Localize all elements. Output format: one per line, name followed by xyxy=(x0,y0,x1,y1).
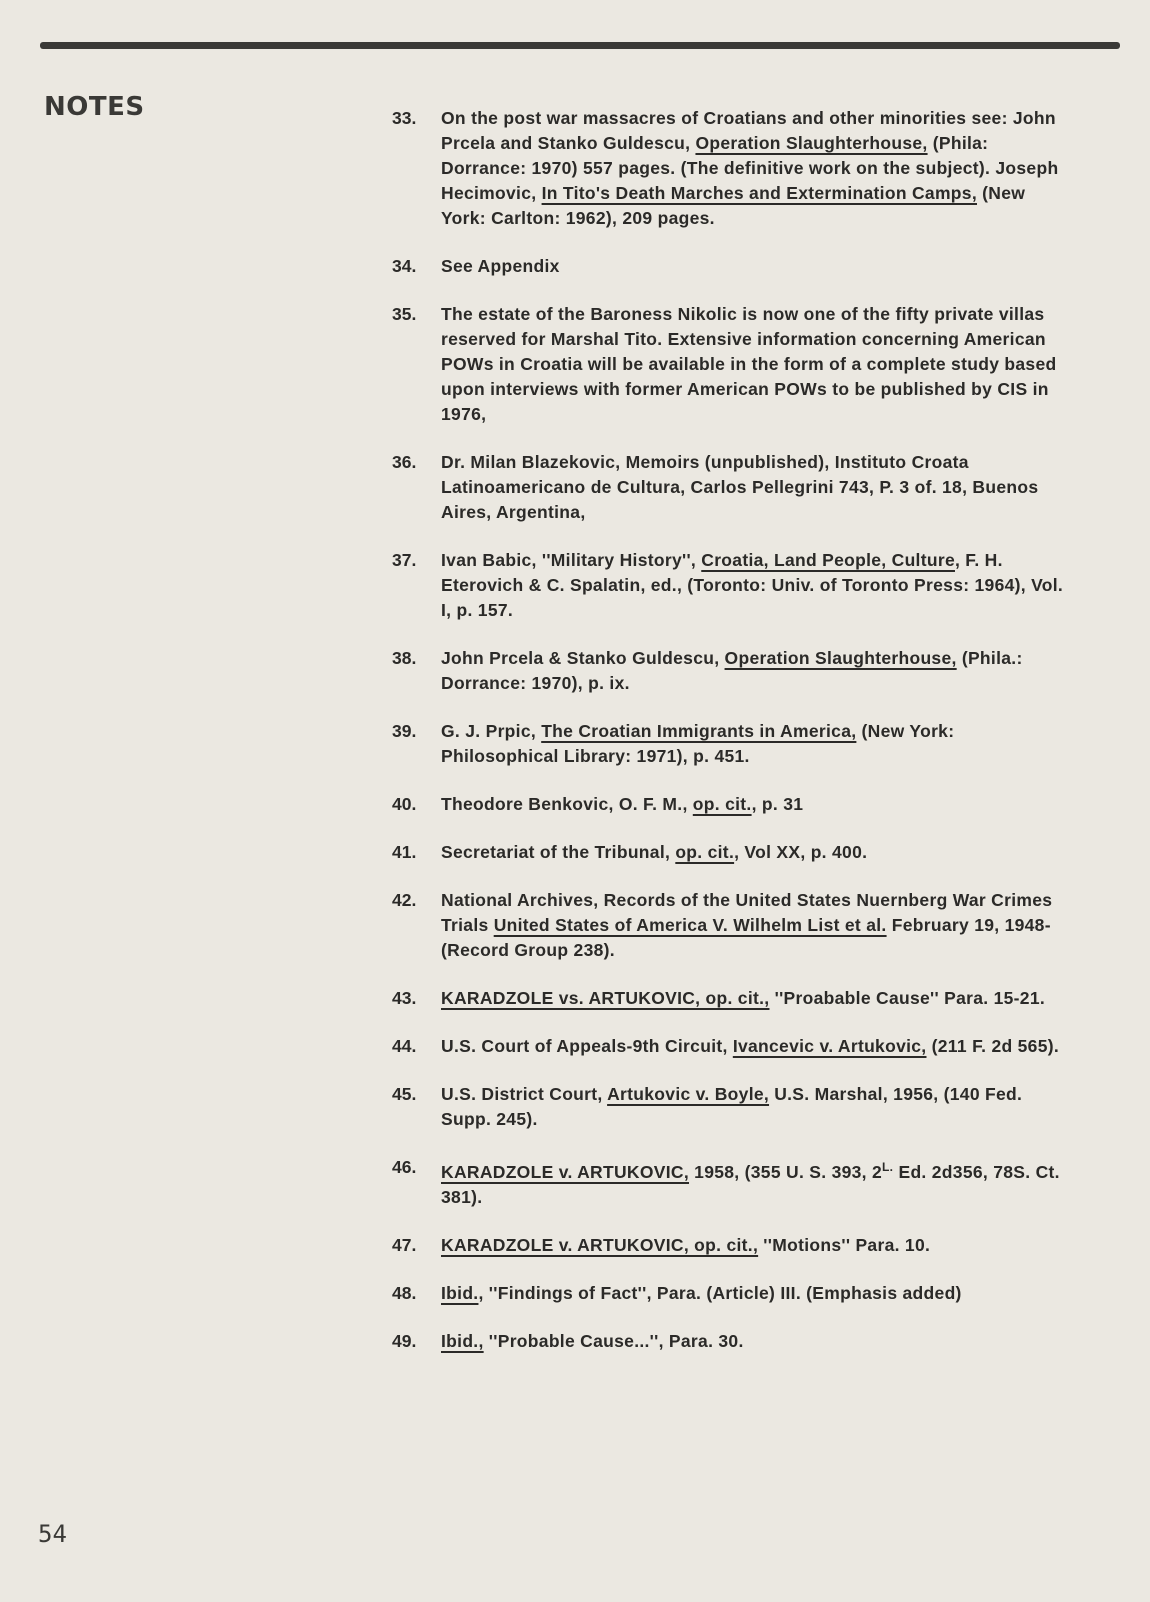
note-number: 40. xyxy=(392,792,441,817)
note-item: 45.U.S. District Court, Artukovic v. Boy… xyxy=(392,1082,1072,1132)
note-text: U.S. District Court, Artukovic v. Boyle,… xyxy=(441,1082,1072,1132)
note-number: 48. xyxy=(392,1281,441,1306)
note-number: 45. xyxy=(392,1082,441,1132)
underlined-citation: Operation Slaughterhouse, xyxy=(695,133,927,153)
note-text-segment: The estate of the Baroness Nikolic is no… xyxy=(441,304,1056,424)
note-number: 47. xyxy=(392,1233,441,1258)
underlined-citation: KARADZOLE vs. ARTUKOVIC, op. cit., xyxy=(441,988,769,1008)
note-text: On the post war massacres of Croatians a… xyxy=(441,106,1072,231)
note-text-segment: 1958, (355 U. S. 393, 2 xyxy=(689,1162,882,1182)
note-text: Ibid., ''Probable Cause...'', Para. 30. xyxy=(441,1329,1072,1354)
underlined-citation: KARADZOLE v. ARTUKOVIC, xyxy=(441,1162,689,1182)
note-text: KARADZOLE vs. ARTUKOVIC, op. cit., ''Pro… xyxy=(441,986,1072,1011)
note-number: 35. xyxy=(392,302,441,427)
note-text-segment: L. xyxy=(882,1160,893,1174)
underlined-citation: Ibid., xyxy=(441,1331,484,1351)
note-text: John Prcela & Stanko Guldescu, Operation… xyxy=(441,646,1072,696)
note-text: U.S. Court of Appeals-9th Circuit, Ivanc… xyxy=(441,1034,1072,1059)
note-number: 37. xyxy=(392,548,441,623)
underlined-citation: The Croatian Immigrants in America, xyxy=(541,721,856,741)
note-text-segment: (211 F. 2d 565). xyxy=(926,1036,1059,1056)
note-text-segment: John Prcela & Stanko Guldescu, xyxy=(441,648,725,668)
note-item: 36.Dr. Milan Blazekovic, Memoirs (unpubl… xyxy=(392,450,1072,525)
note-text: The estate of the Baroness Nikolic is no… xyxy=(441,302,1072,427)
underlined-citation: Ivancevic v. Artukovic, xyxy=(733,1036,927,1056)
note-number: 38. xyxy=(392,646,441,696)
underlined-citation: Croatia, Land People, Culture xyxy=(701,550,955,570)
note-text: G. J. Prpic, The Croatian Immigrants in … xyxy=(441,719,1072,769)
notes-list: 33.On the post war massacres of Croatian… xyxy=(392,106,1072,1377)
note-text-segment: ''Probable Cause...'', Para. 30. xyxy=(484,1331,744,1351)
note-text-segment: Ivan Babic, ''Military History'', xyxy=(441,550,701,570)
note-item: 34.See Appendix xyxy=(392,254,1072,279)
note-text: Theodore Benkovic, O. F. M., op. cit., p… xyxy=(441,792,1072,817)
underlined-citation: Operation Slaughterhouse, xyxy=(725,648,957,668)
note-number: 34. xyxy=(392,254,441,279)
note-number: 41. xyxy=(392,840,441,865)
note-item: 40.Theodore Benkovic, O. F. M., op. cit.… xyxy=(392,792,1072,817)
note-text-segment: , ''Findings of Fact'', Para. (Article) … xyxy=(478,1283,961,1303)
note-item: 43.KARADZOLE vs. ARTUKOVIC, op. cit., ''… xyxy=(392,986,1072,1011)
note-text: KARADZOLE v. ARTUKOVIC, 1958, (355 U. S.… xyxy=(441,1155,1072,1210)
note-item: 49.Ibid., ''Probable Cause...'', Para. 3… xyxy=(392,1329,1072,1354)
note-text-segment: Dr. Milan Blazekovic, Memoirs (unpublish… xyxy=(441,452,1038,522)
note-text-segment: U.S. District Court, xyxy=(441,1084,607,1104)
note-text: Ivan Babic, ''Military History'', Croati… xyxy=(441,548,1072,623)
note-text-segment: U.S. Court of Appeals-9th Circuit, xyxy=(441,1036,733,1056)
note-number: 49. xyxy=(392,1329,441,1354)
note-text-segment: See Appendix xyxy=(441,256,560,276)
note-item: 48.Ibid., ''Findings of Fact'', Para. (A… xyxy=(392,1281,1072,1306)
underlined-citation: United States of America V. Wilhelm List… xyxy=(494,915,887,935)
note-text-segment: Secretariat of the Tribunal, xyxy=(441,842,675,862)
underlined-citation: op. cit. xyxy=(693,794,752,814)
note-item: 42.National Archives, Records of the Uni… xyxy=(392,888,1072,963)
underlined-citation: KARADZOLE v. ARTUKOVIC, op. cit., xyxy=(441,1235,758,1255)
note-text: Ibid., ''Findings of Fact'', Para. (Arti… xyxy=(441,1281,1072,1306)
note-item: 47.KARADZOLE v. ARTUKOVIC, op. cit., ''M… xyxy=(392,1233,1072,1258)
note-number: 39. xyxy=(392,719,441,769)
note-text-segment: ''Proabable Cause'' Para. 15-21. xyxy=(769,988,1045,1008)
note-item: 38.John Prcela & Stanko Guldescu, Operat… xyxy=(392,646,1072,696)
note-text-segment: , Vol XX, p. 400. xyxy=(734,842,867,862)
note-text-segment: Theodore Benkovic, O. F. M., xyxy=(441,794,693,814)
note-text: See Appendix xyxy=(441,254,1072,279)
note-number: 43. xyxy=(392,986,441,1011)
underlined-citation: In Tito's Death Marches and Exterminatio… xyxy=(542,183,977,203)
note-item: 41.Secretariat of the Tribunal, op. cit.… xyxy=(392,840,1072,865)
note-number: 46. xyxy=(392,1155,441,1210)
note-text-segment: , p. 31 xyxy=(752,794,804,814)
top-rule xyxy=(40,42,1120,49)
note-item: 46.KARADZOLE v. ARTUKOVIC, 1958, (355 U.… xyxy=(392,1155,1072,1210)
underlined-citation: op. cit. xyxy=(675,842,734,862)
note-number: 42. xyxy=(392,888,441,963)
page-number: 54 xyxy=(38,1520,67,1548)
underlined-citation: Artukovic v. Boyle, xyxy=(607,1084,769,1104)
note-item: 37.Ivan Babic, ''Military History'', Cro… xyxy=(392,548,1072,623)
page-heading: NOTES xyxy=(44,92,145,122)
note-item: 39.G. J. Prpic, The Croatian Immigrants … xyxy=(392,719,1072,769)
note-text: Secretariat of the Tribunal, op. cit., V… xyxy=(441,840,1072,865)
note-text: KARADZOLE v. ARTUKOVIC, op. cit., ''Moti… xyxy=(441,1233,1072,1258)
note-text-segment: G. J. Prpic, xyxy=(441,721,541,741)
note-number: 44. xyxy=(392,1034,441,1059)
note-item: 33.On the post war massacres of Croatian… xyxy=(392,106,1072,231)
note-item: 35.The estate of the Baroness Nikolic is… xyxy=(392,302,1072,427)
note-text: Dr. Milan Blazekovic, Memoirs (unpublish… xyxy=(441,450,1072,525)
underlined-citation: Ibid. xyxy=(441,1283,478,1303)
note-number: 33. xyxy=(392,106,441,231)
note-text-segment: ''Motions'' Para. 10. xyxy=(758,1235,930,1255)
note-number: 36. xyxy=(392,450,441,525)
note-text: National Archives, Records of the United… xyxy=(441,888,1072,963)
note-item: 44.U.S. Court of Appeals-9th Circuit, Iv… xyxy=(392,1034,1072,1059)
